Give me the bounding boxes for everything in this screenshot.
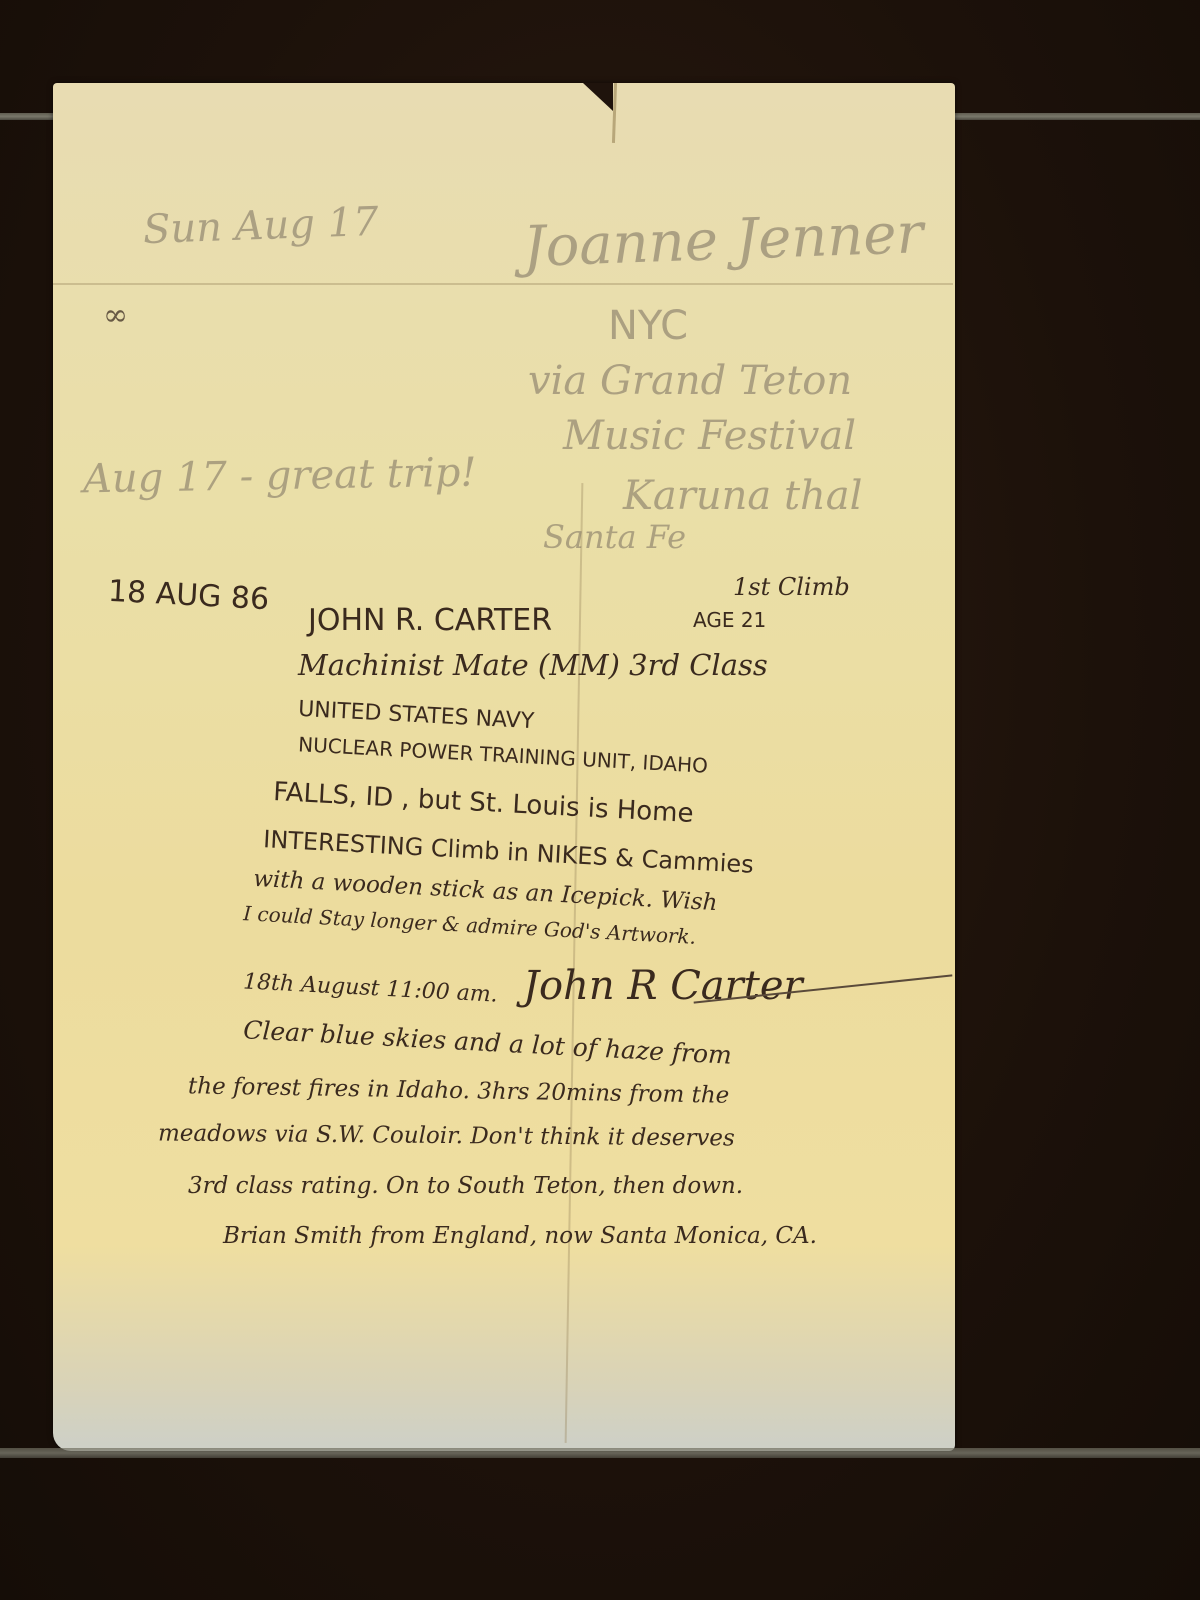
pencil-via-1: via Grand Teton xyxy=(528,358,852,404)
entry-time: 18th August 11:00 am. xyxy=(243,969,499,1007)
entry-first-climb: 1st Climb xyxy=(733,573,850,601)
entry-weather-3: meadows via S.W. Couloir. Don't think it… xyxy=(158,1120,735,1151)
entry-signature: John R Carter xyxy=(523,963,803,1009)
entry-branch: UNITED STATES NAVY xyxy=(298,697,535,734)
entry-unit: NUCLEAR POWER TRAINING UNIT, IDAHO xyxy=(298,732,709,777)
entry-date: 18 AUG 86 xyxy=(107,574,270,617)
pencil-via-2: Music Festival xyxy=(563,413,856,459)
entry-weather-2: the forest fires in Idaho. 3hrs 20mins f… xyxy=(188,1073,730,1108)
entry-name: JOHN R. CARTER xyxy=(308,603,552,638)
entry-weather-1: Clear blue skies and a lot of haze from xyxy=(243,1015,733,1070)
pencil-karma: Karuna thal xyxy=(623,473,862,519)
pencil-santa-fe: Santa Fe xyxy=(543,518,686,556)
entry-weather-4: 3rd class rating. On to South Teton, the… xyxy=(188,1173,743,1199)
paper-notch xyxy=(583,83,613,111)
pencil-city: NYC xyxy=(608,303,688,349)
register-page: Sun Aug 17 Joanne Jenner ∞ NYC via Grand… xyxy=(53,83,955,1451)
entry-age: AGE 21 xyxy=(693,608,766,632)
pencil-aug17-note: Aug 17 - great trip! xyxy=(83,450,477,503)
pencil-date: Sun Aug 17 xyxy=(142,199,379,253)
margin-mark: ∞ xyxy=(103,298,128,333)
paper-tear xyxy=(612,83,617,143)
entry-location: FALLS, ID , but St. Louis is Home xyxy=(273,777,695,829)
entry-rank: Machinist Mate (MM) 3rd Class xyxy=(298,648,768,682)
pencil-signature: Joanne Jenner xyxy=(522,201,924,280)
entry-brian: Brian Smith from England, now Santa Moni… xyxy=(223,1223,817,1249)
fold-crease xyxy=(53,283,953,285)
glass-rod-bottom xyxy=(0,1448,1200,1458)
